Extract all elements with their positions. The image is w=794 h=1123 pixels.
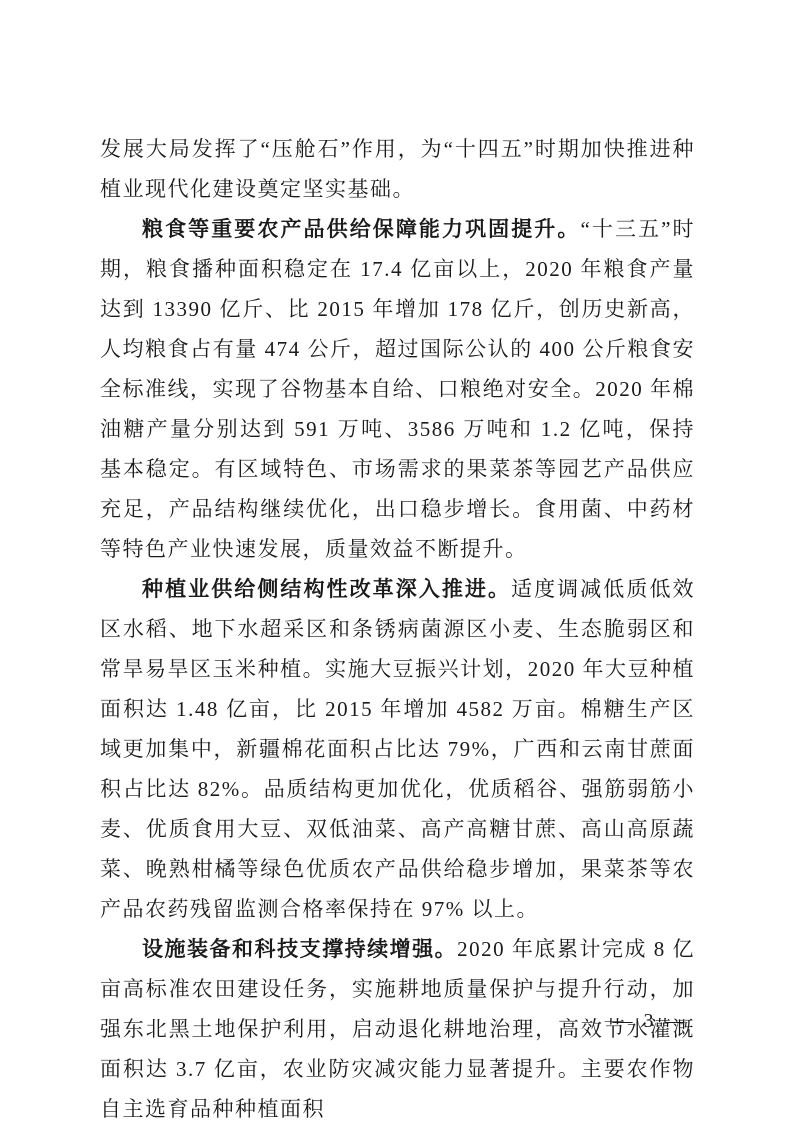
- paragraph-supply-side-reform: 种植业供给侧结构性改革深入推进。适度调减低质低效区水稻、地下水超采区和条锈病菌源…: [100, 569, 695, 929]
- paragraph-continuation: 发展大局发挥了“压舱石”作用，为“十四五”时期加快推进种植业现代化建设奠定坚实基…: [100, 129, 695, 209]
- paragraph-lead-bold: 种植业供给侧结构性改革深入推进。: [142, 577, 511, 601]
- paragraph-text: “十三五”时期，粮食播种面积稳定在 17.4 亿亩以上，2020 年粮食产量达到…: [100, 217, 695, 561]
- page-number: — 3 —: [560, 1010, 740, 1033]
- paragraph-lead-bold: 设施装备和科技支撑持续增强。: [142, 937, 457, 961]
- paragraph-text: 发展大局发挥了“压舱石”作用，为“十四五”时期加快推进种植业现代化建设奠定坚实基…: [100, 137, 695, 201]
- paragraph-grain-supply: 粮食等重要农产品供给保障能力巩固提升。“十三五”时期，粮食播种面积稳定在 17.…: [100, 209, 695, 569]
- document-body-text: 发展大局发挥了“压舱石”作用，为“十四五”时期加快推进种植业现代化建设奠定坚实基…: [100, 129, 695, 1123]
- document-page: 发展大局发挥了“压舱石”作用，为“十四五”时期加快推进种植业现代化建设奠定坚实基…: [0, 0, 794, 1123]
- paragraph-lead-bold: 粮食等重要农产品供给保障能力巩固提升。: [142, 217, 580, 241]
- paragraph-text: 适度调减低质低效区水稻、地下水超采区和条锈病菌源区小麦、生态脆弱区和常旱易旱区玉…: [100, 577, 695, 921]
